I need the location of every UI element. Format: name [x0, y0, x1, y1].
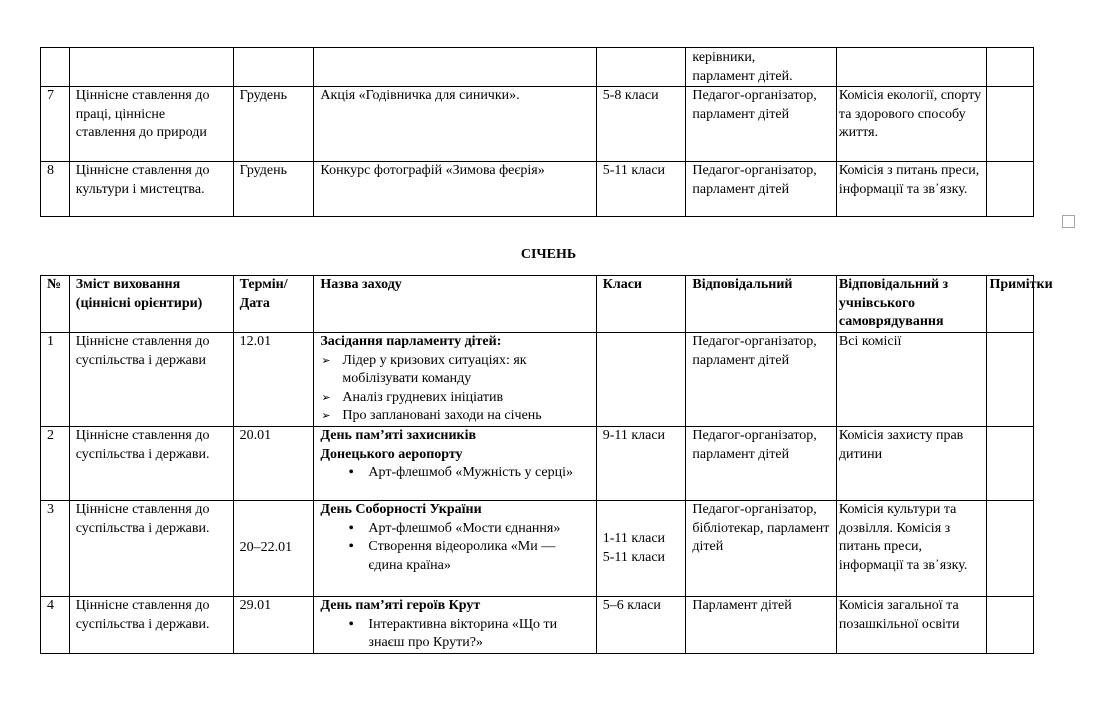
- cell-classes: 5-11 класи: [596, 162, 686, 217]
- list-item: Лідер у кризових ситуаціях: як мобілізув…: [320, 352, 589, 389]
- header-event: Назва заходу: [314, 276, 596, 333]
- cell-event: [314, 48, 596, 87]
- cell-responsible: керівники, парламент дітей.: [686, 48, 837, 87]
- event-title: День Соборності України: [320, 501, 589, 520]
- event-title: День пам’яті героїв Крут: [320, 597, 589, 616]
- cell-content: Ціннісне ставлення до суспільства і держ…: [69, 597, 233, 654]
- month-heading: СІЧЕНЬ: [0, 246, 1097, 265]
- event-items-list: Арт-флешмоб «Мужність у серці»: [320, 464, 589, 483]
- cell-num: 1: [41, 333, 70, 427]
- header-notes: Примітки: [987, 276, 1034, 333]
- cell-responsible: Педагог-організатор, бібліотекар, парлам…: [686, 501, 837, 597]
- header-term: Термін/ Дата: [233, 276, 314, 333]
- cell-responsible: Педагог-організатор, парламент дітей: [686, 427, 837, 501]
- cell-classes: [596, 333, 686, 427]
- event-title: Засідання парламенту дітей:: [320, 333, 589, 352]
- table-header-row: № Зміст виховання (ціннісні орієнтири) Т…: [41, 276, 1034, 333]
- cell-term: 12.01: [233, 333, 314, 427]
- cell-content: Ціннісне ставлення до суспільства і держ…: [69, 501, 233, 597]
- classes-line: 5-11 класи: [603, 549, 680, 568]
- cell-notes: [987, 597, 1034, 654]
- cell-notes: [987, 501, 1034, 597]
- table-row: 2 Ціннісне ставлення до суспільства і де…: [41, 427, 1034, 501]
- cell-event: Конкурс фотографій «Зимова феєрія»: [314, 162, 596, 217]
- cell-content: [69, 48, 233, 87]
- cell-term: Грудень: [233, 87, 314, 162]
- cell-notes: [987, 87, 1034, 162]
- header-student-responsible: Відповідальний з учнівського самоврядува…: [836, 276, 987, 333]
- cell-responsible: Парламент дітей: [686, 597, 837, 654]
- cell-student-responsible: Всі комісії: [836, 333, 987, 427]
- list-item: Арт-флешмоб «Мужність у серці»: [320, 464, 589, 483]
- table-end-marker: [1062, 215, 1075, 228]
- list-item: Арт-флешмоб «Мости єднання»: [320, 520, 589, 539]
- cell-classes: 5-8 класи: [596, 87, 686, 162]
- cell-event: Засідання парламенту дітей: Лідер у криз…: [314, 333, 596, 427]
- cell-notes: [987, 48, 1034, 87]
- cell-notes: [987, 427, 1034, 501]
- january-events-table: № Зміст виховання (ціннісні орієнтири) Т…: [40, 275, 1034, 654]
- cell-student-responsible: [836, 48, 987, 87]
- event-items-list: Лідер у кризових ситуаціях: як мобілізув…: [320, 352, 589, 426]
- table-row: 4 Ціннісне ставлення до суспільства і де…: [41, 597, 1034, 654]
- cell-classes: 9-11 класи: [596, 427, 686, 501]
- cell-student-responsible: Комісія захисту прав дитини: [836, 427, 987, 501]
- december-events-table: керівники, парламент дітей. 7 Ціннісне с…: [40, 47, 1034, 217]
- table-row: 1 Ціннісне ставлення до суспільства і де…: [41, 333, 1034, 427]
- cell-event: Акція «Годівничка для синички».: [314, 87, 596, 162]
- cell-responsible: Педагог-організатор, парламент дітей: [686, 162, 837, 217]
- cell-num: 2: [41, 427, 70, 501]
- table-row: керівники, парламент дітей.: [41, 48, 1034, 87]
- cell-content: Ціннісне ставлення до суспільства і держ…: [69, 333, 233, 427]
- cell-student-responsible: Комісія з питань преси, інформації та зв…: [836, 162, 987, 217]
- header-responsible: Відповідальний: [686, 276, 837, 333]
- cell-content: Ціннісне ставлення до суспільства і держ…: [69, 427, 233, 501]
- cell-event: День Соборності України Арт-флешмоб «Мос…: [314, 501, 596, 597]
- cell-student-responsible: Комісія культури та дозвілля. Комісія з …: [836, 501, 987, 597]
- cell-term: 20–22.01: [233, 501, 314, 597]
- cell-responsible: Педагог-організатор, парламент дітей: [686, 333, 837, 427]
- cell-term: [233, 48, 314, 87]
- list-item: Інтерактивна вікторина «Що ти знаєш про …: [320, 616, 589, 653]
- cell-event: День пам’яті захисників Донецького аероп…: [314, 427, 596, 501]
- cell-term: 20.01: [233, 427, 314, 501]
- list-item: Аналіз грудневих ініціатив: [320, 389, 589, 408]
- cell-term: 29.01: [233, 597, 314, 654]
- cell-student-responsible: Комісія екології, спорту та здорового сп…: [836, 87, 987, 162]
- cell-num: [41, 48, 70, 87]
- event-items-list: Арт-флешмоб «Мости єднання» Створення ві…: [320, 520, 589, 576]
- list-item: Створення відеоролика «Ми — єдина країна…: [320, 538, 589, 575]
- cell-num: 4: [41, 597, 70, 654]
- header-classes: Класи: [596, 276, 686, 333]
- cell-content: Ціннісне ставлення до праці, ціннісне ст…: [69, 87, 233, 162]
- cell-event: День пам’яті героїв Крут Інтерактивна ві…: [314, 597, 596, 654]
- cell-classes: 1-11 класи 5-11 класи: [596, 501, 686, 597]
- cell-num: 3: [41, 501, 70, 597]
- cell-classes: 5–6 класи: [596, 597, 686, 654]
- table-row: 8 Ціннісне ставлення до культури і мисте…: [41, 162, 1034, 217]
- cell-num: 8: [41, 162, 70, 217]
- cell-classes: [596, 48, 686, 87]
- classes-line: 1-11 класи: [603, 530, 680, 549]
- cell-content: Ціннісне ставлення до культури і мистецт…: [69, 162, 233, 217]
- cell-responsible: Педагог-організатор, парламент дітей: [686, 87, 837, 162]
- cell-notes: [987, 333, 1034, 427]
- cell-term: Грудень: [233, 162, 314, 217]
- header-content: Зміст виховання (ціннісні орієнтири): [69, 276, 233, 333]
- list-item: Про заплановані заходи на січень: [320, 407, 589, 426]
- cell-num: 7: [41, 87, 70, 162]
- header-num: №: [41, 276, 70, 333]
- table-row: 3 Ціннісне ставлення до суспільства і де…: [41, 501, 1034, 597]
- table-row: 7 Ціннісне ставлення до праці, ціннісне …: [41, 87, 1034, 162]
- event-title: День пам’яті захисників Донецького аероп…: [320, 427, 589, 464]
- cell-notes: [987, 162, 1034, 217]
- cell-student-responsible: Комісія загальної та позашкільної освіти: [836, 597, 987, 654]
- event-items-list: Інтерактивна вікторина «Що ти знаєш про …: [320, 616, 589, 653]
